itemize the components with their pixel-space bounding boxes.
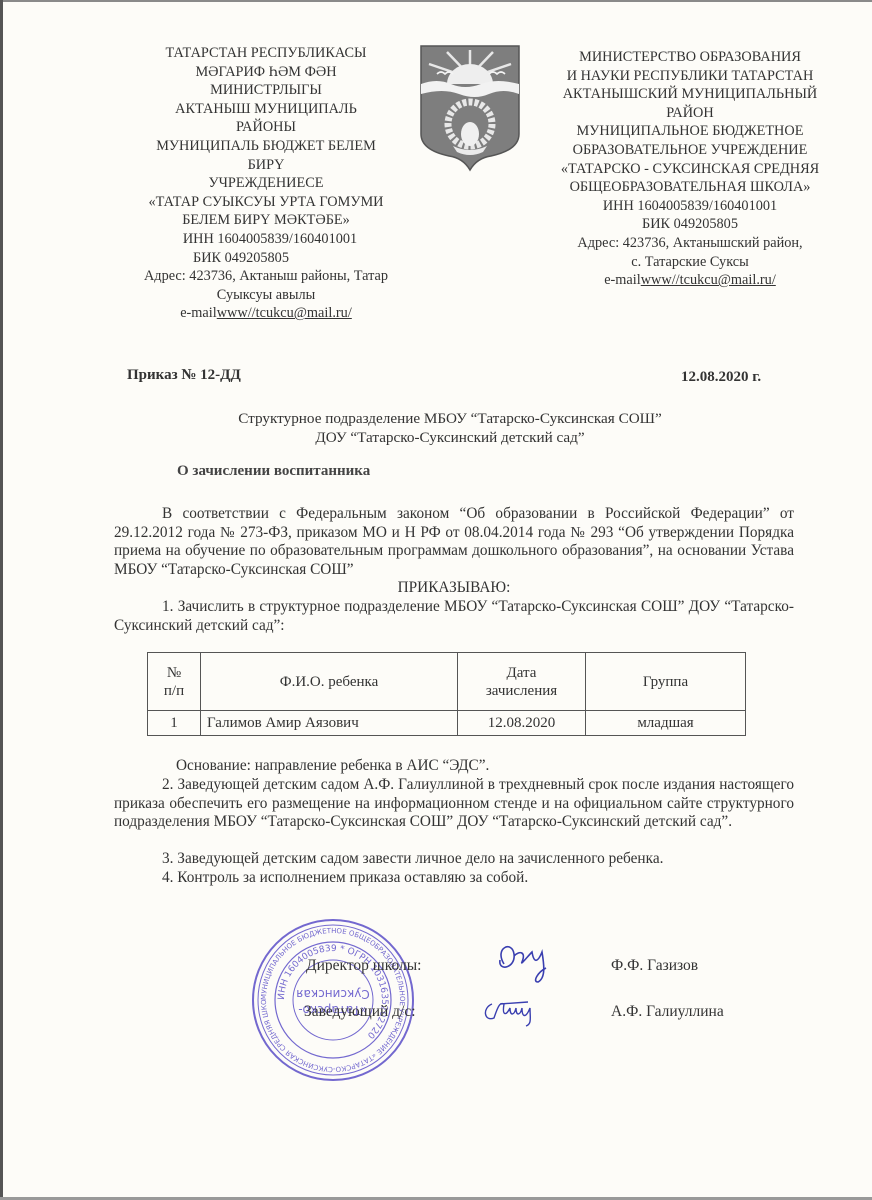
- email-link[interactable]: www//tcukcu@mail.ru/: [217, 305, 352, 321]
- coat-of-arms-icon: [417, 42, 523, 172]
- item-4-paragraph: 4. Контроль за исполнением приказа остав…: [114, 869, 794, 888]
- header-left-line: Суыксуы авылы: [112, 286, 420, 305]
- header-right-email: e-mailwww//tcukcu@mail.ru/: [530, 271, 850, 290]
- header-left-line: РАЙОНЫ: [112, 118, 420, 137]
- header-group: Группа: [586, 653, 746, 711]
- cell-group: младшая: [586, 711, 746, 736]
- document-subtitle: Структурное подразделение МБОУ “Татарско…: [110, 409, 790, 447]
- header-left-line: «ТАТАР СУЫКСУЫ УРТА ГОМУМИ: [112, 193, 420, 212]
- header-left-line: МУНИЦИПАЛЬ БЮДЖЕТ БЕЛЕМ: [112, 137, 420, 156]
- director-name: Ф.Ф. Газизов: [611, 957, 698, 975]
- email-link[interactable]: www//tcukcu@mail.ru/: [641, 272, 776, 288]
- header-right-line: РАЙОН: [530, 104, 850, 123]
- item-3-paragraph: 3. Заведующей детским садом завести личн…: [114, 850, 794, 869]
- director-signature-icon: [490, 938, 560, 986]
- head-label: Заведующий д/с:: [304, 1003, 416, 1021]
- header-left-tatar: ТАТАРСТАН РЕСПУБЛИКАСЫ МӘГАРИФ ҺӘМ ФӘН М…: [112, 44, 420, 323]
- cell-date: 12.08.2020: [458, 711, 586, 736]
- enrollment-table: № п/п Ф.И.О. ребенка Дата зачисления Гру…: [147, 652, 746, 736]
- header-num-line: п/п: [154, 682, 194, 700]
- header-date: Дата зачисления: [458, 653, 586, 711]
- email-prefix: e-mail: [604, 272, 641, 288]
- director-label: Директор школы:: [306, 957, 421, 975]
- order-number: Приказ № 12-ДД: [127, 367, 241, 384]
- basis-paragraph: Основание: направление ребенка в АИС “ЭД…: [114, 757, 794, 776]
- header-right-russian: МИНИСТЕРСТВО ОБРАЗОВАНИЯ И НАУКИ РЕСПУБЛ…: [530, 48, 850, 290]
- header-date-line: зачисления: [464, 682, 579, 700]
- header-right-line: ОБРАЗОВАТЕЛЬНОЕ УЧРЕЖДЕНИЕ: [530, 141, 850, 160]
- head-name: А.Ф. Галиуллина: [611, 1003, 724, 1021]
- header-right-line: «ТАТАРСКО - СУКСИНСКАЯ СРЕДНЯЯ: [530, 160, 850, 179]
- header-right-line: ОБЩЕОБРАЗОВАТЕЛЬНАЯ ШКОЛА»: [530, 178, 850, 197]
- header-left-line: БИРҮ: [112, 156, 420, 175]
- header-left-line: АКТАНЫШ МУНИЦИПАЛЬ: [112, 100, 420, 119]
- header-right-line: МУНИЦИПАЛЬНОЕ БЮДЖЕТНОЕ: [530, 122, 850, 141]
- order-date: 12.08.2020 г.: [681, 369, 761, 386]
- command-heading: ПРИКАЗЫВАЮ:: [114, 579, 794, 597]
- scan-edge-left: [0, 0, 3, 1200]
- subtitle-line: ДОУ “Татарско-Суксинский детский сад”: [110, 428, 790, 447]
- header-left-line: Адрес: 423736, Актаныш районы, Татар: [112, 267, 420, 286]
- header-right-line: МИНИСТЕРСТВО ОБРАЗОВАНИЯ: [530, 48, 850, 67]
- table-row: 1 Галимов Амир Аязович 12.08.2020 младша…: [148, 711, 746, 736]
- scan-edge-top: [0, 0, 872, 2]
- header-name: Ф.И.О. ребенка: [201, 653, 458, 711]
- school-stamp-icon: МУНИЦИПАЛЬНОЕ БЮДЖЕТНОЕ ОБЩЕОБРАЗОВАТЕЛЬ…: [245, 912, 425, 1082]
- item-2-paragraph: 2. Заведующей детским садом А.Ф. Галиулл…: [114, 776, 794, 832]
- header-date-line: Дата: [464, 664, 579, 682]
- header-left-line: УЧРЕЖДЕНИЕСЕ: [112, 174, 420, 193]
- item-1-paragraph: 1. Зачислить в структурное подразделение…: [114, 598, 794, 635]
- cell-name: Галимов Амир Аязович: [201, 711, 458, 736]
- header-left-line: БИК 049205805: [112, 249, 420, 268]
- header-num: № п/п: [148, 653, 201, 711]
- head-signature-icon: [480, 994, 544, 1028]
- header-left-email: e-mailwww//tcukcu@mail.ru/: [112, 304, 420, 323]
- header-right-line: БИК 049205805: [530, 215, 850, 234]
- header-left-line: МӘГАРИФ ҺӘМ ФӘН: [112, 63, 420, 82]
- header-num-line: №: [154, 664, 194, 682]
- header-right-line: Адрес: 423736, Актанышский район,: [530, 234, 850, 253]
- cell-num: 1: [148, 711, 201, 736]
- preamble-paragraph: В соответствии с Федеральным законом “Об…: [114, 505, 794, 579]
- header-left-line: ТАТАРСТАН РЕСПУБЛИКАСЫ: [112, 44, 420, 63]
- header-right-line: АКТАНЫШСКИЙ МУНИЦИПАЛЬНЫЙ: [530, 85, 850, 104]
- header-right-line: ИНН 1604005839/160401001: [530, 197, 850, 216]
- order-subject: О зачислении воспитанника: [177, 463, 370, 480]
- subtitle-line: Структурное подразделение МБОУ “Татарско…: [110, 409, 790, 428]
- header-right-line: с. Татарские Суксы: [530, 253, 850, 272]
- header-left-line: МИНИСТРЛЫГЫ: [112, 81, 420, 100]
- svg-text:Суксинская: Суксинская: [296, 987, 369, 1001]
- header-left-line: БЕЛЕМ БИРҮ МӘКТӘБЕ»: [112, 211, 420, 230]
- table-header-row: № п/п Ф.И.О. ребенка Дата зачисления Гру…: [148, 653, 746, 711]
- header-right-line: И НАУКИ РЕСПУБЛИКИ ТАТАРСТАН: [530, 67, 850, 86]
- header-left-line: ИНН 1604005839/160401001: [112, 230, 420, 249]
- email-prefix: e-mail: [180, 305, 217, 321]
